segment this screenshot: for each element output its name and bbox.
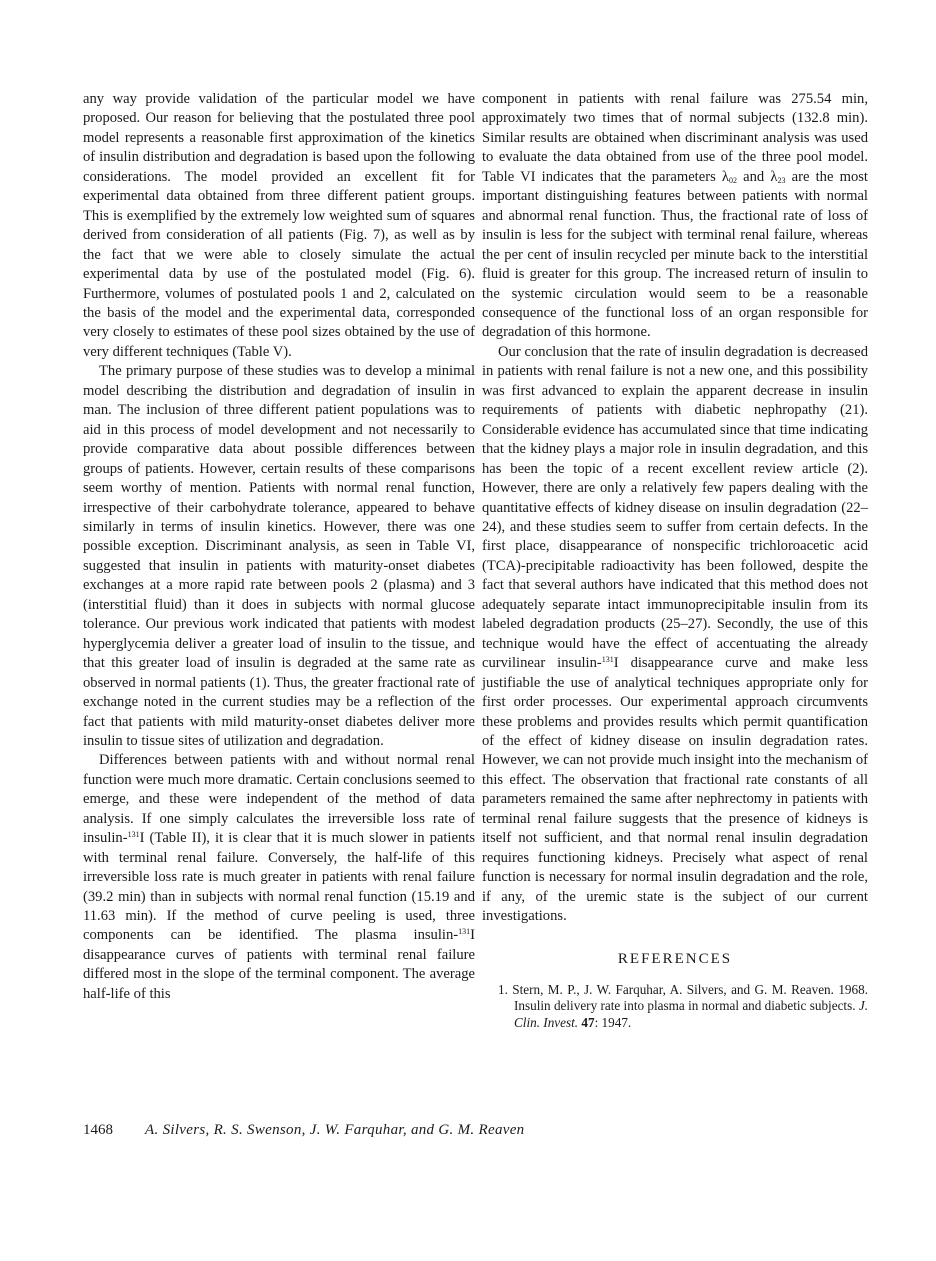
page-footer: 1468A. Silvers, R. S. Swenson, J. W. Far… bbox=[83, 1122, 524, 1139]
left-column: any way provide validation of the partic… bbox=[83, 90, 475, 1004]
isotope-superscript: 131 bbox=[128, 830, 140, 839]
paragraph: component in patients with renal failure… bbox=[482, 90, 868, 343]
references-heading: REFERENCES bbox=[482, 950, 868, 969]
isotope-superscript: 131 bbox=[602, 655, 614, 664]
isotope-superscript: 131 bbox=[458, 927, 470, 936]
text-run: Our conclusion that the rate of insulin … bbox=[482, 344, 868, 671]
paragraph: any way provide validation of the partic… bbox=[83, 90, 475, 362]
reference-item: 1. Stern, M. P., J. W. Farquhar, A. Silv… bbox=[492, 982, 868, 1032]
right-column: component in patients with renal failure… bbox=[482, 90, 868, 1031]
text-run: and λ bbox=[737, 169, 777, 185]
text-run: I (Table II), it is clear that it is muc… bbox=[83, 830, 475, 943]
running-authors: A. Silvers, R. S. Swenson, J. W. Farquha… bbox=[145, 1122, 524, 1138]
page-number: 1468 bbox=[83, 1122, 145, 1139]
reference-text: Stern, M. P., J. W. Farquhar, A. Silvers… bbox=[512, 982, 868, 1014]
paragraph: The primary purpose of these studies was… bbox=[83, 362, 475, 751]
text-run: I disappearance curve and make less just… bbox=[482, 655, 868, 924]
paragraph: Our conclusion that the rate of insulin … bbox=[482, 343, 868, 927]
reference-pages: : 1947. bbox=[595, 1015, 632, 1030]
subscript: 02 bbox=[729, 176, 737, 185]
reference-volume: 47 bbox=[581, 1015, 594, 1030]
text-run: are the most important distinguishing fe… bbox=[482, 169, 868, 341]
reference-number: 1. bbox=[498, 982, 508, 997]
paragraph: Differences between patients with and wi… bbox=[83, 751, 475, 1004]
